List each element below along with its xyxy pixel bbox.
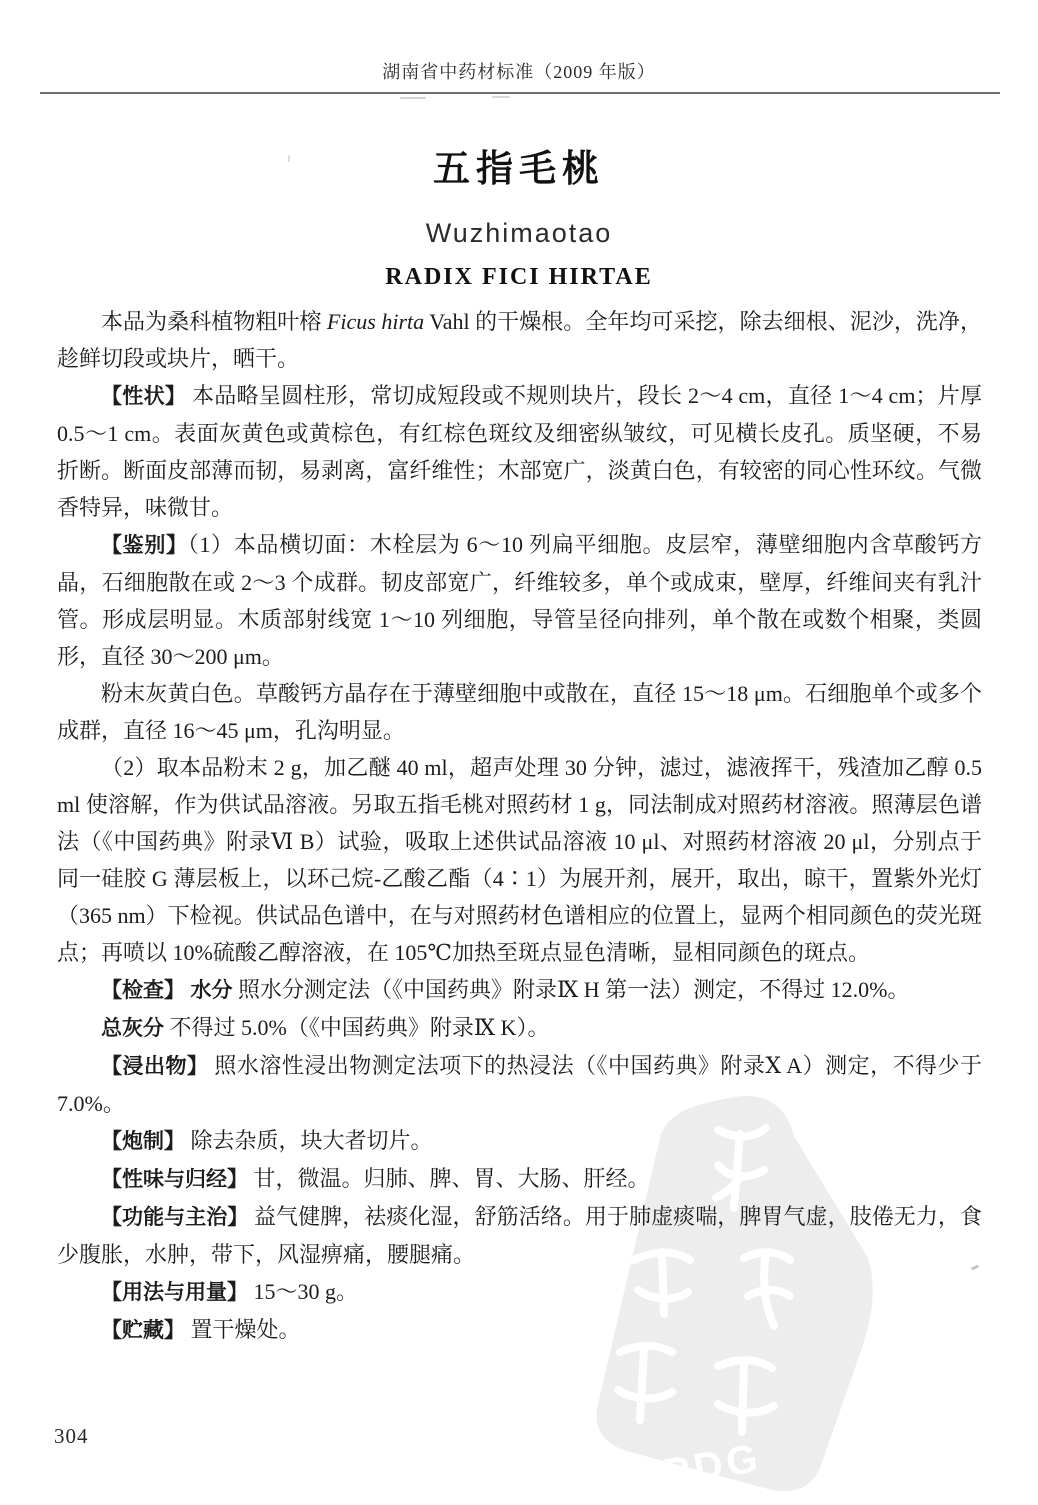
text-run: 甘，微温。归肺、脾、胃、大肠、肝经。 <box>248 1166 650 1191</box>
paragraph: 粉末灰黄白色。草酸钙方晶存在于薄壁细胞中或散在，直径 15～18 μm。石细胞单… <box>57 675 982 749</box>
paragraph: 【性状】 本品略呈圆柱形，常切成短段或不规则块片，段长 2～4 cm，直径 1～… <box>57 377 982 526</box>
paragraph: 【鉴别】（1）本品横切面：木栓层为 6～10 列扁平细胞。皮层窄，薄壁细胞内含草… <box>57 526 982 675</box>
page-title: 五指毛桃 <box>0 138 1038 192</box>
text-run: （2）取本品粉末 2 g，加乙醚 40 ml，超声处理 30 分钟，滤过，滤液挥… <box>57 755 982 965</box>
text-run: 除去杂质，块大者切片。 <box>185 1128 433 1153</box>
scan-artifact <box>492 96 510 98</box>
scanned-document-page: 湖南省中药材标准（2009 年版） 五指毛桃 Wuzhimaotao RADIX… <box>0 0 1038 1505</box>
scan-artifact <box>400 97 426 99</box>
section-label: 【检查】 <box>101 979 185 1002</box>
paragraph: 【浸出物】 照水溶性浸出物测定法项下的热浸法（《中国药典》附录Ⅹ A）测定，不得… <box>57 1047 982 1122</box>
text-run: 照水分测定法（《中国药典》附录Ⅸ H 第一法）测定，不得过 12.0%。 <box>233 977 910 1002</box>
text-run: （1）本品横切面：木栓层为 6～10 列扁平细胞。皮层窄，薄壁细胞内含草酸钙方晶… <box>57 532 982 669</box>
section-label: 【鉴别】 <box>101 534 188 557</box>
text-run: 不得过 5.0%（《中国药典》附录Ⅸ K）。 <box>164 1015 549 1040</box>
paragraph: 【用法与用量】 15～30 g。 <box>57 1273 982 1311</box>
text-run: 置干燥处。 <box>185 1317 301 1342</box>
watermark-pdg-label: PDG <box>660 1436 765 1496</box>
paragraph: 【检查】 水分 照水分测定法（《中国药典》附录Ⅸ H 第一法）测定，不得过 12… <box>57 971 982 1009</box>
text-run: Ficus hirta <box>327 309 424 334</box>
page-number: 304 <box>54 1424 89 1449</box>
section-label: 【用法与用量】 <box>101 1281 248 1304</box>
paragraph: 本品为桑科植物粗叶榕 Ficus hirta Vahl 的干燥根。全年均可采挖，… <box>57 303 982 377</box>
paragraph: （2）取本品粉末 2 g，加乙醚 40 ml，超声处理 30 分钟，滤过，滤液挥… <box>57 749 982 971</box>
section-label: 总灰分 <box>101 1017 164 1040</box>
paragraph: 总灰分 不得过 5.0%（《中国药典》附录Ⅸ K）。 <box>57 1009 982 1047</box>
pinyin-title: Wuzhimaotao <box>0 218 1038 249</box>
section-label: 【炮制】 <box>101 1130 185 1153</box>
text-run: 本品为桑科植物粗叶榕 <box>101 309 327 334</box>
paragraph: 【贮藏】 置干燥处。 <box>57 1311 982 1349</box>
paragraph: 【功能与主治】 益气健脾，祛痰化湿，舒筋活络。用于肺虚痰喘，脾胃气虚，肢倦无力，… <box>57 1198 982 1273</box>
latin-name: RADIX FICI HIRTAE <box>0 264 1038 291</box>
header-rule <box>40 92 1000 94</box>
text-run: 粉末灰黄白色。草酸钙方晶存在于薄壁细胞中或散在，直径 15～18 μm。石细胞单… <box>57 681 982 743</box>
paragraph: 【性味与归经】 甘，微温。归肺、脾、胃、大肠、肝经。 <box>57 1160 982 1198</box>
text-run: 本品略呈圆柱形，常切成短段或不规则块片，段长 2～4 cm，直径 1～4 cm；… <box>57 383 982 520</box>
section-label: 【性状】 <box>101 385 186 408</box>
section-label: 【浸出物】 <box>101 1055 208 1078</box>
body-paragraphs: 本品为桑科植物粗叶榕 Ficus hirta Vahl 的干燥根。全年均可采挖，… <box>57 303 982 1349</box>
text-run: 15～30 g。 <box>248 1279 358 1304</box>
section-label: 水分 <box>191 979 233 1002</box>
section-label: 【贮藏】 <box>101 1319 185 1342</box>
paragraph: 【炮制】 除去杂质，块大者切片。 <box>57 1122 982 1160</box>
section-label: 【性味与归经】 <box>101 1168 248 1191</box>
section-label: 【功能与主治】 <box>101 1206 248 1229</box>
running-header: 湖南省中药材标准（2009 年版） <box>0 58 1038 84</box>
